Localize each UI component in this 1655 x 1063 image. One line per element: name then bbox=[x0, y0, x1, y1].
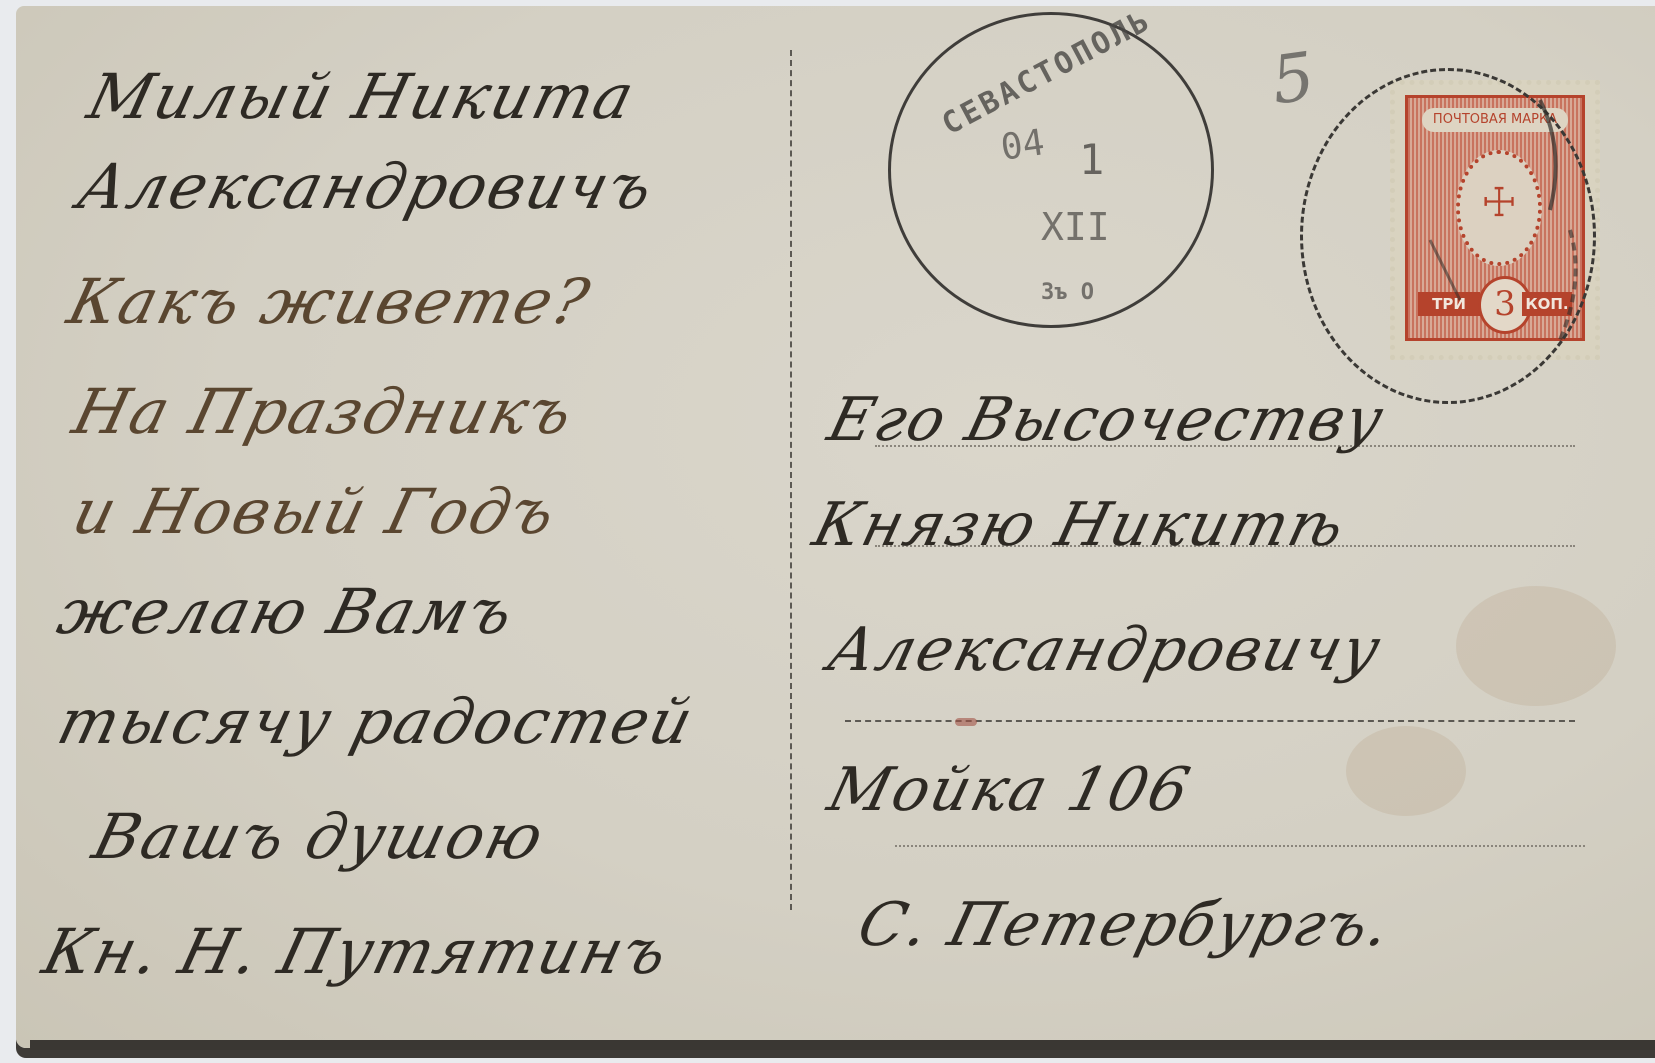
message-line: Какъ живете? bbox=[61, 265, 598, 338]
message-line: На Праздникъ bbox=[66, 375, 582, 448]
message-line: Милый Никита bbox=[81, 60, 643, 133]
postmark-year: 04 bbox=[998, 122, 1047, 169]
address-line: Князю Никитѣ bbox=[806, 490, 1353, 560]
signature: Кн. Н. Путятинъ bbox=[36, 915, 677, 988]
message-line: Александровичъ bbox=[71, 150, 662, 223]
address-line: Мойка 106 bbox=[821, 755, 1198, 825]
address-line: Александровичу bbox=[821, 615, 1389, 685]
postmark-bottom-text: 3ъ О bbox=[1041, 280, 1094, 305]
red-ink-smudge bbox=[955, 718, 977, 726]
paper-stain bbox=[1346, 726, 1466, 816]
postmark-sevastopol: СЕВАСТОПОЛЬ 04 1 XII 3ъ О bbox=[888, 12, 1214, 328]
message-line: и Новый Годъ bbox=[66, 475, 564, 548]
address-guide-line bbox=[895, 845, 1585, 847]
address-line: С. Петербургъ. bbox=[851, 890, 1398, 960]
address-line: Его Высочеству bbox=[821, 385, 1392, 455]
message-line: желаю Вамъ bbox=[51, 575, 522, 648]
message-line: Вашъ душою bbox=[86, 800, 552, 873]
message-line: тысячу радостей bbox=[51, 685, 702, 758]
postmark-cancellation bbox=[1300, 68, 1596, 404]
postmark-day: 1 bbox=[1079, 135, 1104, 184]
postmark-month: XII bbox=[1041, 205, 1110, 249]
card-edge-shadow bbox=[30, 1040, 1655, 1050]
divider-line bbox=[790, 50, 792, 910]
paper-stain bbox=[1456, 586, 1616, 706]
